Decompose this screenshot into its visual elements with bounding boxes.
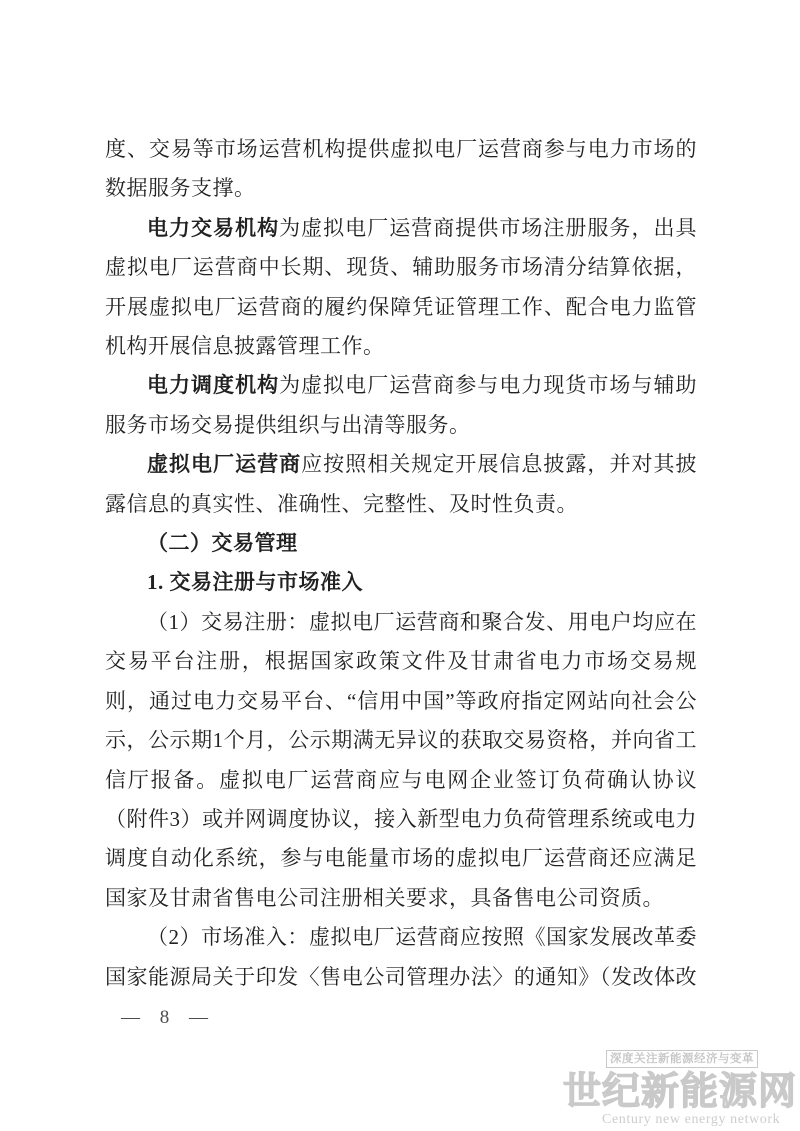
text-run: （1）交易注册：虚拟电厂运营商和聚合发、用电户均应在交易平台注册，根据国家政策文… <box>105 610 697 910</box>
text-run: 度、交易等市场运营机构提供虚拟电厂运营商参与电力市场的数据服务支撑。 <box>105 137 697 200</box>
section-heading: 1. 交易注册与市场准入 <box>105 563 697 602</box>
bold-text-run: 1. 交易注册与市场准入 <box>147 570 363 594</box>
document-page: 度、交易等市场运营机构提供虚拟电厂运营商参与电力市场的数据服务支撑。电力交易机构… <box>0 0 800 1131</box>
bold-text-run: 电力交易机构 <box>147 216 279 240</box>
bold-text-run: 虚拟电厂运营商 <box>147 452 301 476</box>
page-number: — 8 — <box>121 1007 209 1029</box>
watermark-slogan: 深度关注新能源经济与变革 <box>606 1050 758 1068</box>
document-body: 度、交易等市场运营机构提供虚拟电厂运营商参与电力市场的数据服务支撑。电力交易机构… <box>105 130 697 1005</box>
text-run: （2）市场准入：虚拟电厂运营商应按照《国家发展改革委国家能源局关于印发〈售电公司… <box>105 925 697 1005</box>
paragraph: 电力交易机构为虚拟电厂运营商提供市场注册服务，出具虚拟电厂运营商中长期、现货、辅… <box>105 209 697 367</box>
watermark: 深度关注新能源经济与变革 世纪新能源网 Century new energy n… <box>558 1046 800 1131</box>
bold-text-run: （二）交易管理 <box>147 531 298 555</box>
paragraph: （2）市场准入：虚拟电厂运营商应按照《国家发展改革委国家能源局关于印发〈售电公司… <box>105 918 697 1005</box>
section-heading: （二）交易管理 <box>105 524 697 563</box>
paragraph: 虚拟电厂运营商应按照相关规定开展信息披露，并对其披露信息的真实性、准确性、完整性… <box>105 445 697 524</box>
paragraph: 电力调度机构为虚拟电厂运营商参与电力现货市场与辅助服务市场交易提供组织与出清等服… <box>105 366 697 445</box>
paragraph: 度、交易等市场运营机构提供虚拟电厂运营商参与电力市场的数据服务支撑。 <box>105 130 697 209</box>
bold-text-run: 电力调度机构 <box>147 373 279 397</box>
watermark-subtitle: Century new energy network <box>602 1112 780 1128</box>
paragraph: （1）交易注册：虚拟电厂运营商和聚合发、用电户均应在交易平台注册，根据国家政策文… <box>105 603 697 918</box>
watermark-title: 世纪新能源网 <box>563 1072 797 1112</box>
